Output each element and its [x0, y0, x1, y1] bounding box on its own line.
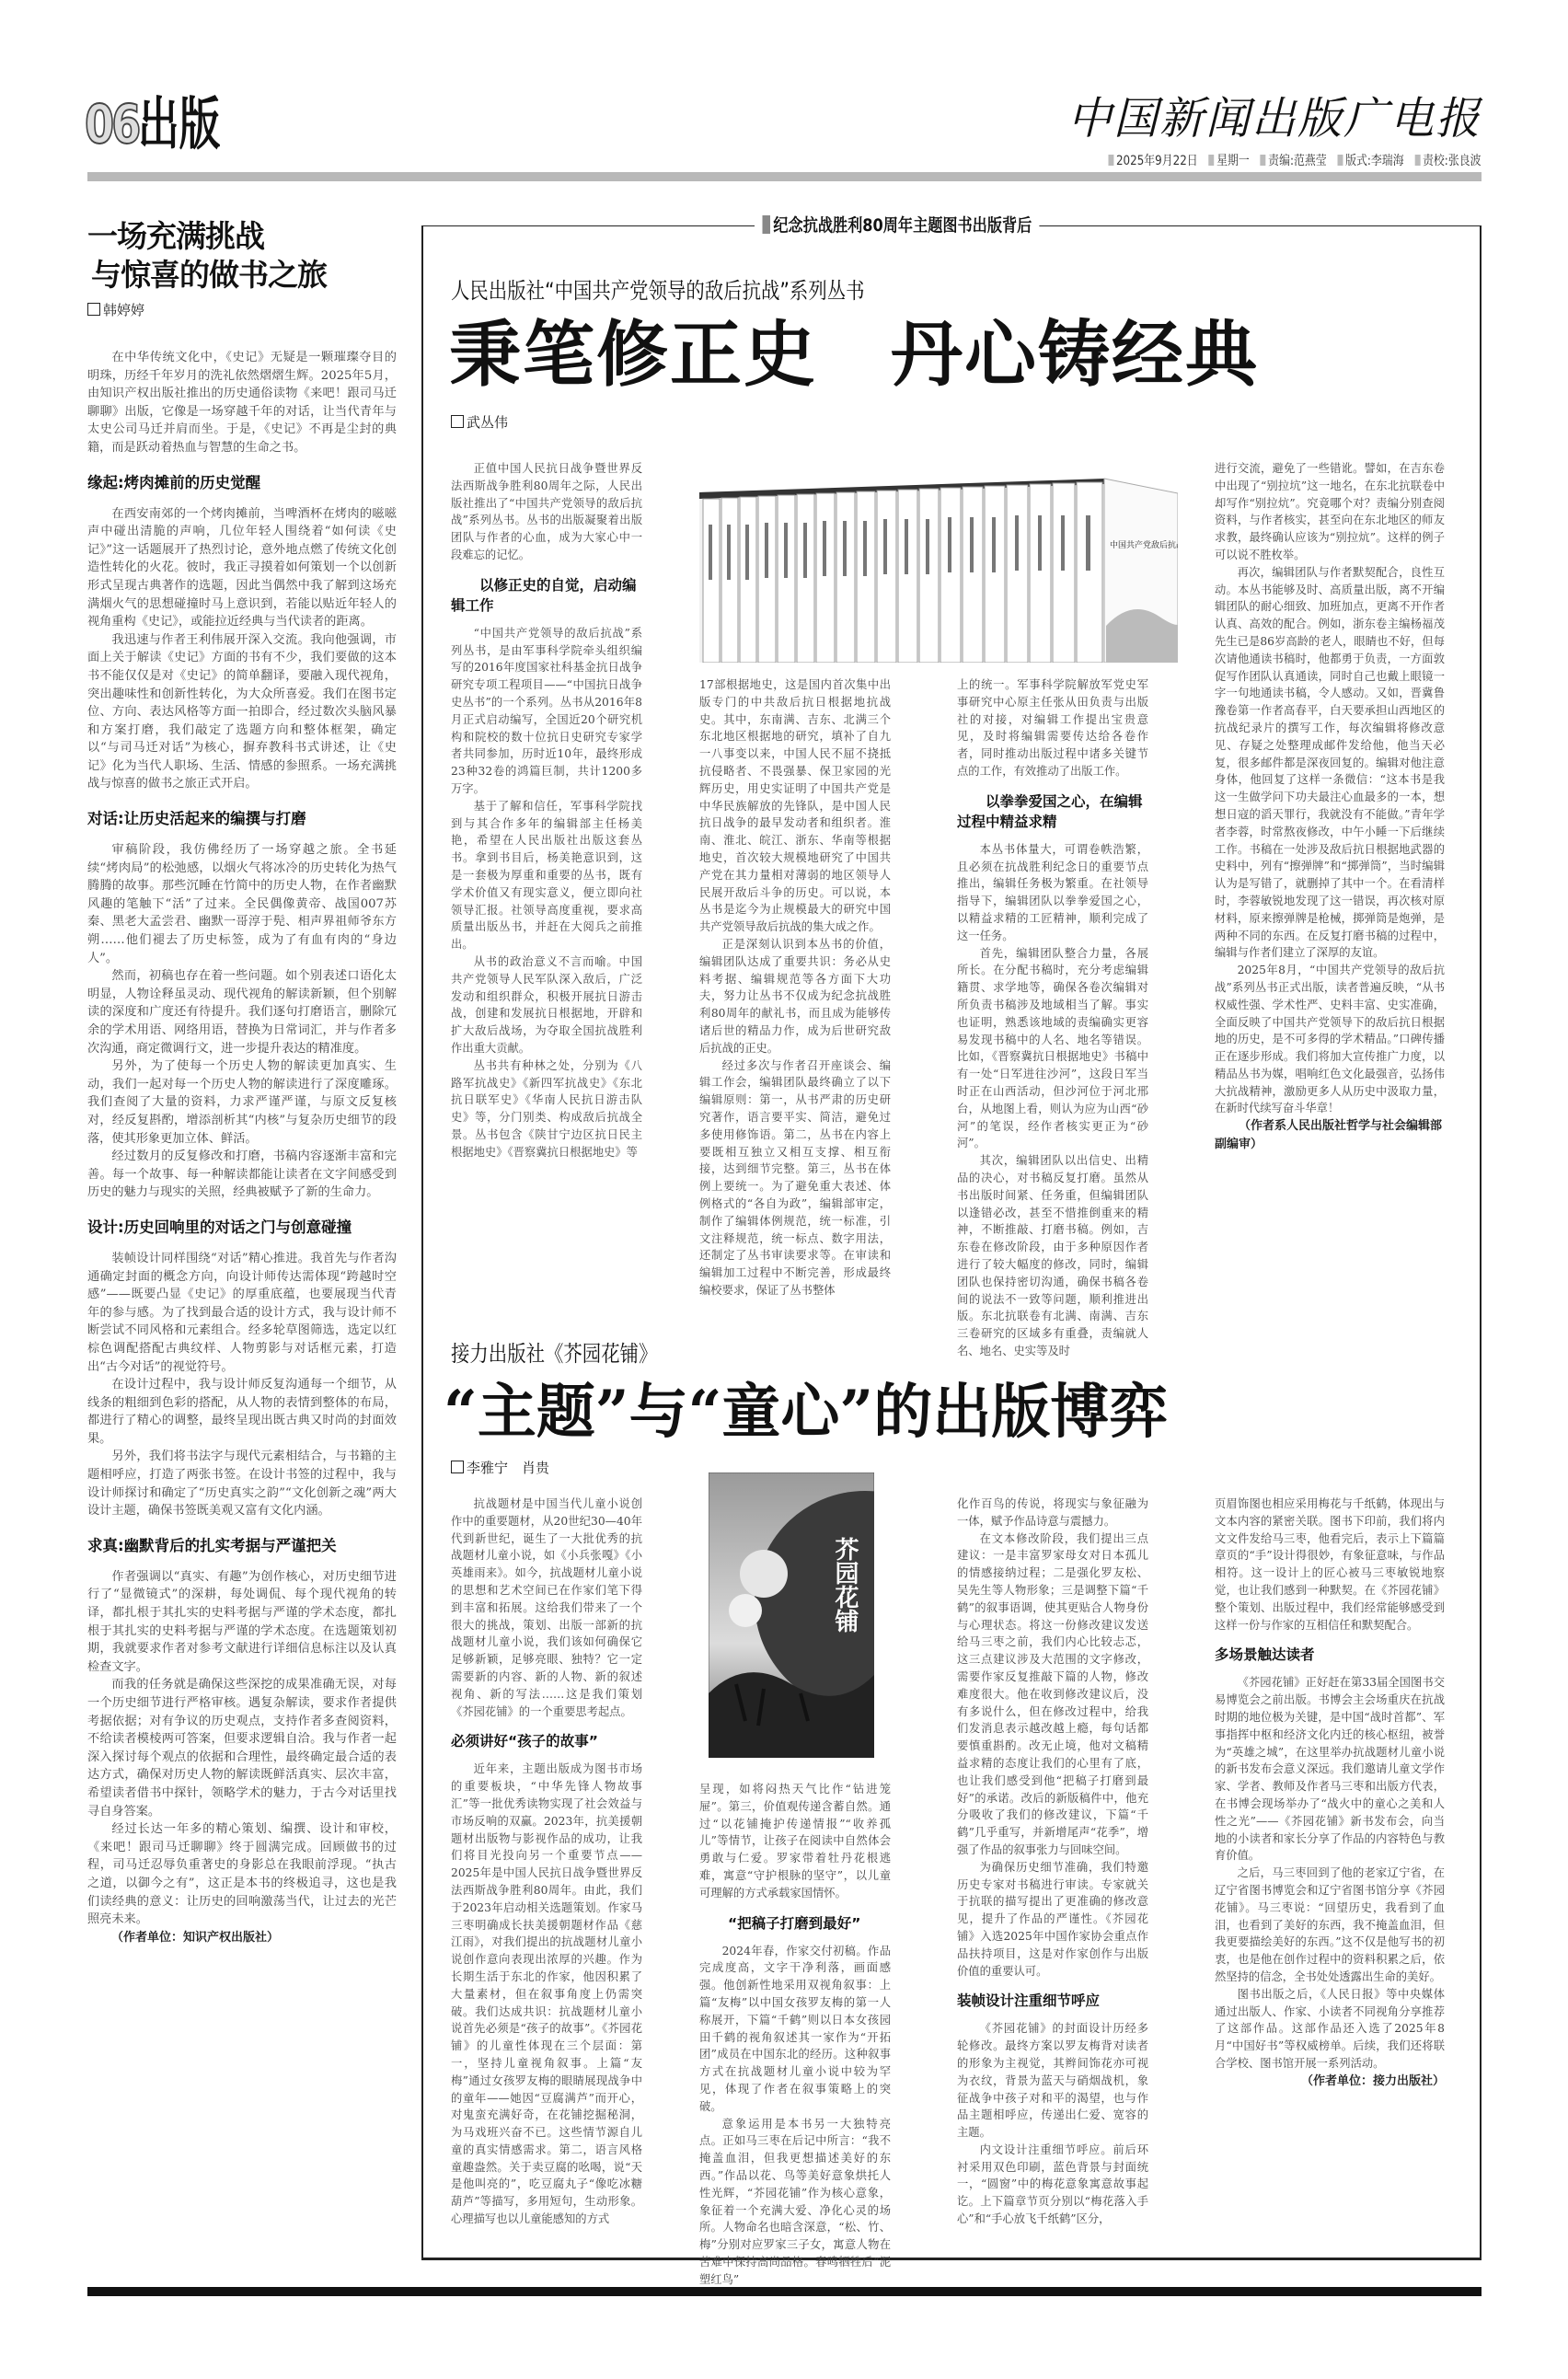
lower-byline: 李雅宁 肖贵 — [451, 1458, 549, 1477]
paragraph: 17部根据地史，这是国内首次集中出版专门的中共敌后抗日根据地抗战史。其中，东南满… — [699, 676, 891, 936]
page-number: 06 — [85, 92, 138, 156]
paragraph: 为确保历史细节准确，我们特邀历史专家对书稿进行审读。专家就关于抗联的描写提出了更… — [957, 1859, 1148, 1981]
paragraph: 内文设计注重细节呼应。前后环衬采用双色印刷，蓝色背景与封面统一，“圆窗”中的梅花… — [957, 2142, 1148, 2228]
subheading: 多场景触达读者 — [1215, 1645, 1445, 1665]
svg-text:中国共产党敌后抗战指导史: 中国共产党敌后抗战指导史 — [1110, 539, 1178, 550]
feature-banner: 纪念抗战胜利80周年主题图书出版背后 — [755, 212, 1040, 239]
paragraph: 其次，编辑团队以出信史、出精品的决心，对书稿反复打磨。虽然从书出版时间紧、任务重… — [957, 1152, 1148, 1360]
paragraph: 作者强调以“真实、有趣”为创作核心，对历史细节进行了“显微镜式”的深耕，每处调侃… — [87, 1568, 397, 1677]
paragraph: 正值中国人民抗日战争暨世界反法西斯战争胜利80周年之际，人民出版社推出了“中国共… — [451, 460, 642, 564]
lower-col-4: 页眉饰图也相应采用梅花与千纸鹤，体现出与文本内容的紧密关联。图书下印前，我们将内… — [1215, 1496, 1445, 2091]
paragraph: 首先，编辑团队整合力量，各展所长。在分配书稿时，充分考虑编辑籍贯、求学地等，确保… — [957, 945, 1148, 1153]
section-heading: 对话:让历史活起来的编撰与打磨 — [87, 808, 397, 830]
issue-meta: 2025年9月22日 星期一 责编:范燕莹 版式:李瑞海 责校:张良波 — [1109, 151, 1482, 169]
paragraph: 经过数月的反复修改和打磨，书稿内容逐渐丰富和完善。每一个故事、每一种解读都能让读… — [87, 1148, 397, 1202]
paragraph: 在西安南郊的一个烤肉摊前，当啤酒杯在烤肉的嗞嗞声中碰出清脆的声响，几位年轻人围绕… — [87, 505, 397, 631]
upper-col-1: 正值中国人民抗日战争暨世界反法西斯战争胜利80周年之际，人民出版社推出了“中国共… — [451, 460, 642, 1161]
paragraph: 丛书共有种林之处，分别为《八路军抗战史》《新四军抗战史》《东北抗日联军史》《华南… — [451, 1057, 642, 1161]
issue-weekday: 星期一 — [1209, 151, 1250, 169]
lower-col-3: 化作百鸟的传说，将现实与象征融为一体，赋予作品诗意与震撼力。 在文本修改阶段，我… — [957, 1496, 1148, 2228]
paragraph: 进行交流，避免了一些错讹。譬如，在吉东卷中出现了“别拉坑”这一地名，在东北抗联卷… — [1215, 460, 1445, 564]
editor: 责编:范燕莹 — [1261, 151, 1327, 169]
layout-editor: 版式:李瑞海 — [1338, 151, 1404, 169]
upper-col-2: 17部根据地史，这是国内首次集中出版专门的中共敌后抗日根据地抗战史。其中，东南满… — [699, 676, 891, 1299]
lower-headline: “主题”与“童心”的出版博弈 — [444, 1376, 1168, 1449]
subheading: 装帧设计注重细节呼应 — [957, 1991, 1148, 2011]
article-title: 一场充满挑战 与惊喜的做书之旅 — [87, 217, 397, 294]
lower-col-1: 抗战题材是中国当代儿童小说创作中的重要题材，从20世纪30—40年代到新世纪，诞… — [451, 1496, 642, 2228]
upper-kicker: 人民出版社“中国共产党领导的敌后抗战”系列丛书 — [451, 276, 865, 306]
intro-paragraph: 在中华传统文化中，《史记》无疑是一颗璀璨夺目的明珠，历经千年岁月的洗礼依然熠熠生… — [87, 349, 397, 457]
author-affiliation: （作者系人民出版社哲学与社会编辑部副编审） — [1215, 1117, 1445, 1154]
svg-text:芥园花铺: 芥园花铺 — [831, 1537, 859, 1633]
paragraph: 页眉饰图也相应采用梅花与千纸鹤，体现出与文本内容的紧密关联。图书下印前，我们将内… — [1215, 1496, 1445, 1634]
issue-date: 2025年9月22日 — [1109, 151, 1198, 169]
book-series-photo: 中国共产党敌后抗战指导史 — [699, 442, 1178, 663]
paragraph: 抗战题材是中国当代儿童小说创作中的重要题材，从20世纪30—40年代到新世纪，诞… — [451, 1496, 642, 1720]
paragraph: 经过多次与作者召开座谈会、编辑工作会，编辑团队最终确立了以下编辑原则：第一，从书… — [699, 1057, 891, 1299]
section-heading: 缘起:烤肉摊前的历史觉醒 — [87, 472, 397, 494]
header-rule — [87, 172, 1482, 181]
paragraph: 2025年8月，“中国共产党领导的敌后抗战”系列丛书正式出版，读者普遍反映，“从… — [1215, 962, 1445, 1117]
book-cover-image: 芥园花铺 — [709, 1472, 874, 1758]
section-heading: 求真:幽默背后的扎实考据与严谨把关 — [87, 1535, 397, 1557]
newspaper-masthead: 中国新闻出版广电报 — [1067, 92, 1482, 145]
paragraph: 本丛书体量大，可谓卷帙浩繁，且必须在抗战胜利纪念日的重要节点推出，编辑任务极为繁… — [957, 841, 1148, 945]
upper-headline: 秉笔修正史 丹心铸经典 — [449, 313, 1259, 398]
lower-col-2: 呈现，如将闷热天气比作“钻进笼屉”。第三，价值观传递含蓄自然。通过“以花铺掩护传… — [699, 1781, 891, 2289]
paragraph: 2024年春，作家交付初稿。作品完成度高，文字干净利落，画面感强。他创新性地采用… — [699, 1943, 891, 2116]
paragraph: 《芥园花铺》的封面设计历经多轮修改。最终方案以罗友梅背对读者的形象为主视觉，其辫… — [957, 2020, 1148, 2142]
paragraph: 另外，为了使每一个历史人物的解读更加真实、生动，我们一起对每一个历史人物的解读进… — [87, 1057, 397, 1148]
paragraph: 另外，我们将书法字与现代元素相结合，与书籍的主题相呼应，打造了两张书签。在设计书… — [87, 1448, 397, 1519]
proofreader: 责校:张良波 — [1415, 151, 1482, 169]
paragraph: 《芥园花铺》正好赶在第33届全国图书交易博览会之前出版。书博会主会场重庆在抗战时… — [1215, 1674, 1445, 1865]
paragraph: 呈现，如将闷热天气比作“钻进笼屉”。第三，价值观传递含蓄自然。通过“以花铺掩护传… — [699, 1781, 891, 1902]
paragraph: 图书出版之后，《人民日报》等中央媒体通过出版人、作家、小读者不同视角分享推荐了这… — [1215, 1986, 1445, 2073]
subheading: 必须讲好“孩子的故事” — [451, 1731, 642, 1751]
paragraph: 从书的政治意义不言而喻。中国共产党领导人民军队深入敌后，广泛发动和组织群众，积极… — [451, 953, 642, 1057]
paragraph: “中国共产党领导的敌后抗战”系列丛书，是由军事科学院牵头组织编写的2016年度国… — [451, 625, 642, 798]
paragraph: 然而，初稿也存在着一些问题。如个别表述口语化太明显，人物诠释虽灵动、现代视角的解… — [87, 967, 397, 1057]
title-line-1: 一场充满挑战 — [87, 217, 397, 256]
upper-col-4: 进行交流，避免了一些错讹。譬如，在吉东卷中出现了“别拉坑”这一地名，在东北抗联卷… — [1215, 460, 1445, 1154]
paragraph: 经过长达一年多的精心策划、编撰、设计和审校，《来吧！跟司马迁聊聊》终于圆满完成。… — [87, 1820, 397, 1929]
subheading: 以修正史的自觉，启动编辑工作 — [451, 575, 642, 616]
paragraph: 正是深刻认识到本丛书的价值，编辑团队达成了重要共识：务必从史料考据、编辑规范等各… — [699, 936, 891, 1057]
subheading: 以拳拳爱国之心，在编辑过程中精益求精 — [957, 791, 1148, 832]
byline: 韩婷婷 — [87, 300, 397, 319]
upper-col-3: 上的统一。军事科学院解放军党史军事研究中心原主任张从田负责与出版社的对接，对编辑… — [957, 676, 1148, 1360]
lower-kicker: 接力出版社《芥园花铺》 — [451, 1339, 657, 1369]
paragraph: 在设计过程中，我与设计师反复沟通每一个细节，从线条的粗细到色彩的搭配，从人物的表… — [87, 1376, 397, 1448]
footer-rule — [87, 2287, 1482, 2296]
section-heading: 设计:历史回响里的对话之门与创意碰撞 — [87, 1217, 397, 1239]
author-affiliation: （作者单位：接力出版社） — [1215, 2073, 1445, 2091]
paragraph: 审稿阶段，我仿佛经历了一场穿越之旅。全书延续“烤肉局”的松弛感，以烟火气将冰冷的… — [87, 841, 397, 967]
paragraph: 基于了解和信任，军事科学院找到与其合作多年的编辑部主任杨美艳，希望在人民出版社出… — [451, 798, 642, 953]
paragraph: 而我的任务就是确保这些深挖的成果准确无误，对每一个历史细节进行严格审核。遇复杂解… — [87, 1676, 397, 1820]
title-line-2: 与惊喜的做书之旅 — [87, 256, 397, 294]
left-article: 一场充满挑战 与惊喜的做书之旅 韩婷婷 在中华传统文化中，《史记》无疑是一颗璀璨… — [87, 217, 397, 1947]
section-title: 出版 — [138, 90, 220, 158]
upper-byline: 武丛伟 — [451, 412, 508, 432]
paragraph: 我迅速与作者王利伟展开深入交流。我向他强调，市面上关于解读《史记》方面的书有不少… — [87, 631, 397, 793]
paragraph: 意象运用是本书另一大独特亮点。正如马三枣在后记中所言：“我不掩盖血泪，但我更想描… — [699, 2116, 891, 2289]
author-affiliation: （作者单位：知识产权出版社） — [87, 1929, 397, 1947]
paragraph: 上的统一。军事科学院解放军党史军事研究中心原主任张从田负责与出版社的对接，对编辑… — [957, 676, 1148, 780]
paragraph: 在文本修改阶段，我们提出三点建议：一是丰富罗家母女对日本孤儿的情感接纳过程；二是… — [957, 1530, 1148, 1859]
paragraph: 再次，编辑团队与作者默契配合，良性互动。本丛书能够及时、高质量出版，离不开编辑团… — [1215, 564, 1445, 962]
paragraph: 近年来，主题出版成为图书市场的重要板块，“中华先锋人物故事汇”等一批优秀读物实现… — [451, 1761, 642, 2228]
paragraph: 化作百鸟的传说，将现实与象征融为一体，赋予作品诗意与震撼力。 — [957, 1496, 1148, 1530]
subheading: “把稿子打磨到最好” — [699, 1913, 891, 1934]
paragraph: 装帧设计同样围绕“对话”精心推进。我首先与作者沟通确定封面的概念方向，向设计师传… — [87, 1250, 397, 1376]
paragraph: 之后，马三枣回到了他的老家辽宁省，在辽宁省图书博览会和辽宁省图书馆分享《芥园花铺… — [1215, 1865, 1445, 1986]
